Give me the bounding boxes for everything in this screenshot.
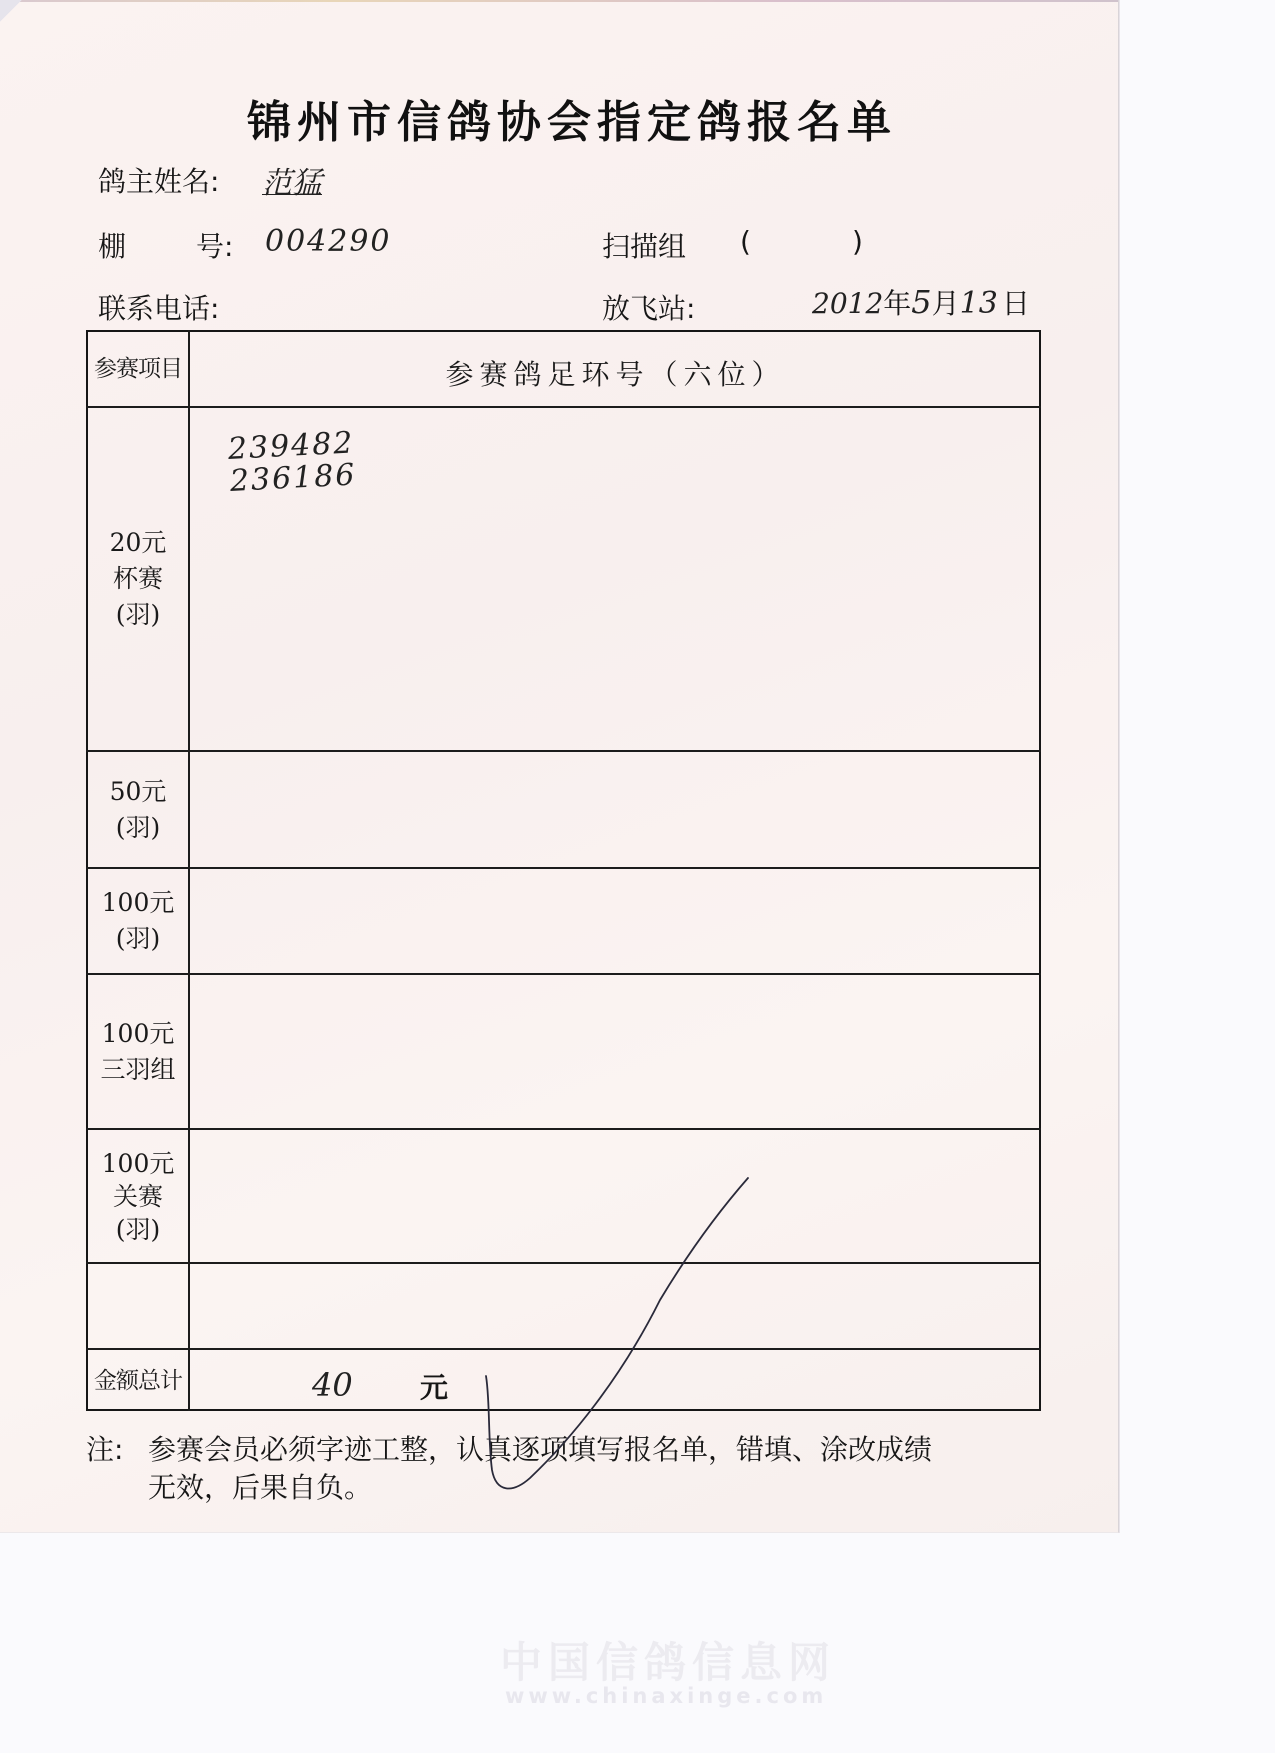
- watermark-url: www.chinaxinge.com: [505, 1684, 827, 1708]
- checkmark-icon: [0, 0, 1275, 1753]
- watermark-site-name: 中国信鸽信息网: [500, 1630, 836, 1690]
